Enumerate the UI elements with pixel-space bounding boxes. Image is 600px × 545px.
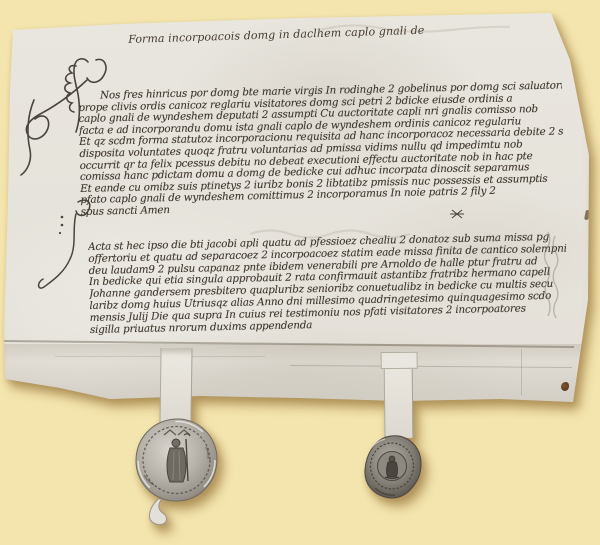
parchment-hole — [561, 382, 569, 391]
line-filler-flourish — [450, 210, 464, 218]
parchment-charter: Forma incorpoacois domg in daclhem caplo… — [0, 0, 600, 545]
wax-seal-left — [132, 417, 222, 529]
wax-seal-right — [361, 434, 425, 502]
charter-paragraph-2: Acta st hec ipso die bti jacobi apli qua… — [88, 232, 568, 337]
parchment-nick — [584, 210, 590, 221]
charter-paragraph-1: Nos fres hinricus por domg bte marie vir… — [78, 80, 565, 218]
seal-tag-right — [384, 352, 414, 438]
seal-tag-left — [159, 348, 192, 426]
parchment-shadow-wrap: Forma incorpoacois domg in daclhem caplo… — [0, 0, 600, 545]
tag-curl — [149, 499, 166, 525]
charter-photograph: Forma incorpoacois domg in daclhem caplo… — [0, 0, 600, 545]
plica-fold — [0, 344, 590, 402]
charter-heading: Forma incorpoacois domg in daclhem caplo… — [128, 24, 428, 49]
